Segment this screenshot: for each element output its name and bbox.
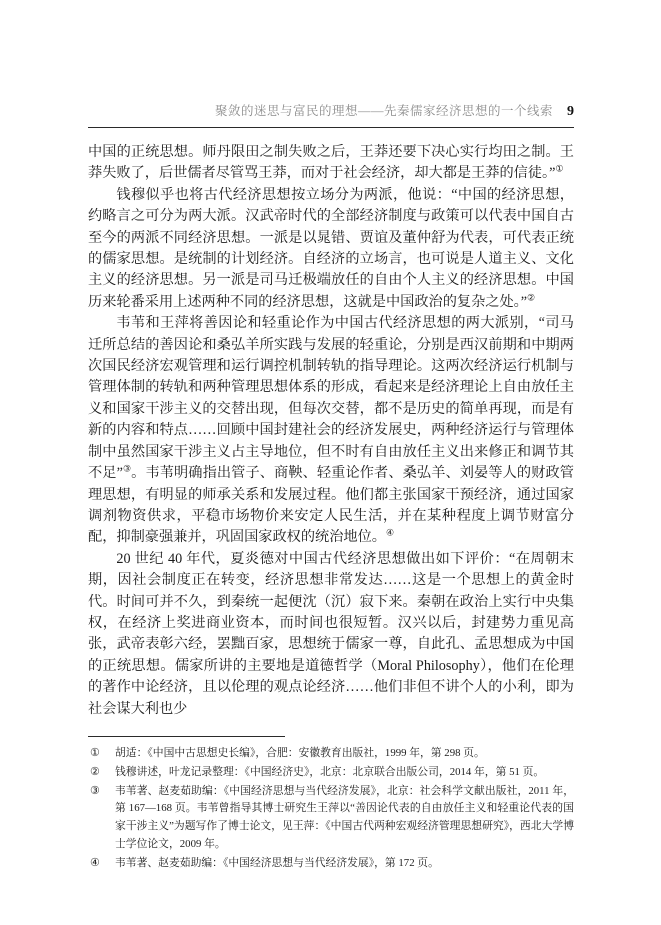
footnotes: ①胡适：《中国中古思想史长编》，合肥：安徽教育出版社，1999 年，第 298 … (88, 745, 574, 873)
footnote-marker: ② (527, 292, 535, 302)
page-number: 9 (567, 104, 574, 120)
footnote: ①胡适：《中国中古思想史长编》，合肥：安徽教育出版社，1999 年，第 298 … (88, 745, 574, 763)
book-page: 聚敛的迷思与富民的理想——先秦儒家经济思想的一个线索 9 中国的正统思想。师丹限… (0, 0, 661, 925)
footnote: ②钱穆讲述，叶龙记录整理：《中国经济史》，北京：北京联合出版公司，2014 年，… (88, 764, 574, 782)
paragraph-text: 20 世纪 40 年代，夏炎德对中国古代经济思想做出如下评价：“在周朝末期，因社… (88, 551, 574, 717)
footnote-number: ③ (90, 783, 100, 801)
paragraph-text: 。韦苇明确指出管子、商鞅、轻重论作者、桑弘羊、刘晏等人的财政管理思想，有明显的师… (88, 465, 574, 545)
footnote-text: 胡适：《中国中古思想史长编》，合肥：安徽教育出版社，1999 年，第 298 页… (115, 747, 485, 759)
footnote: ④韦苇著、赵麦茹助编：《中国经济思想与当代经济发展》，第 172 页。 (88, 855, 574, 873)
footnote-marker: ③ (123, 463, 131, 473)
footnote-number: ① (90, 745, 100, 763)
footnote-text: 韦苇著、赵麦茹助编：《中国经济思想与当代经济发展》，第 172 页。 (115, 857, 439, 869)
paragraph-text: 中国的正统思想。师丹限田之制失败之后，王莽还要下决心实行均田之制。王莽失败了，后… (88, 144, 574, 181)
footnote-separator (88, 736, 285, 737)
paragraph: 钱穆似乎也将古代经济思想按立场分为两派，他说：“中国的经济思想，约略言之可分为两… (88, 185, 574, 313)
paragraph-text: 韦苇和王萍将善因论和轻重论作为中国古代经济思想的两大派别，“司马迁所总结的善因论… (88, 315, 574, 481)
footnote: ③韦苇著、赵麦茹助编：《中国经济思想与当代经济发展》，北京：社会科学文献出版社，… (88, 783, 574, 854)
footnote-number: ② (90, 764, 100, 782)
footnote-marker: ① (555, 164, 563, 174)
paragraph: 中国的正统思想。师丹限田之制失败之后，王莽还要下决心实行均田之制。王莽失败了，后… (88, 142, 574, 185)
paragraph-text: 钱穆似乎也将古代经济思想按立场分为两派，他说：“中国的经济思想，约略言之可分为两… (88, 187, 574, 310)
footnote-text: 钱穆讲述，叶龙记录整理：《中国经济史》，北京：北京联合出版公司，2014 年，第… (115, 766, 544, 778)
footnote-marker: ④ (386, 528, 394, 538)
body-text: 中国的正统思想。师丹限田之制失败之后，王莽还要下决心实行均田之制。王莽失败了，后… (88, 142, 574, 720)
footnote-number: ④ (90, 855, 100, 873)
footnote-text: 韦苇著、赵麦茹助编：《中国经济思想与当代经济发展》，北京：社会科学文献出版社，2… (115, 785, 574, 850)
running-head-title: 聚敛的迷思与富民的理想——先秦儒家经济思想的一个线索 (215, 101, 553, 119)
paragraph: 韦苇和王萍将善因论和轻重论作为中国古代经济思想的两大派别，“司马迁所总结的善因论… (88, 313, 574, 548)
running-head: 聚敛的迷思与富民的理想——先秦儒家经济思想的一个线索 9 (88, 101, 574, 128)
paragraph: 20 世纪 40 年代，夏炎德对中国古代经济思想做出如下评价：“在周朝末期，因社… (88, 549, 574, 720)
